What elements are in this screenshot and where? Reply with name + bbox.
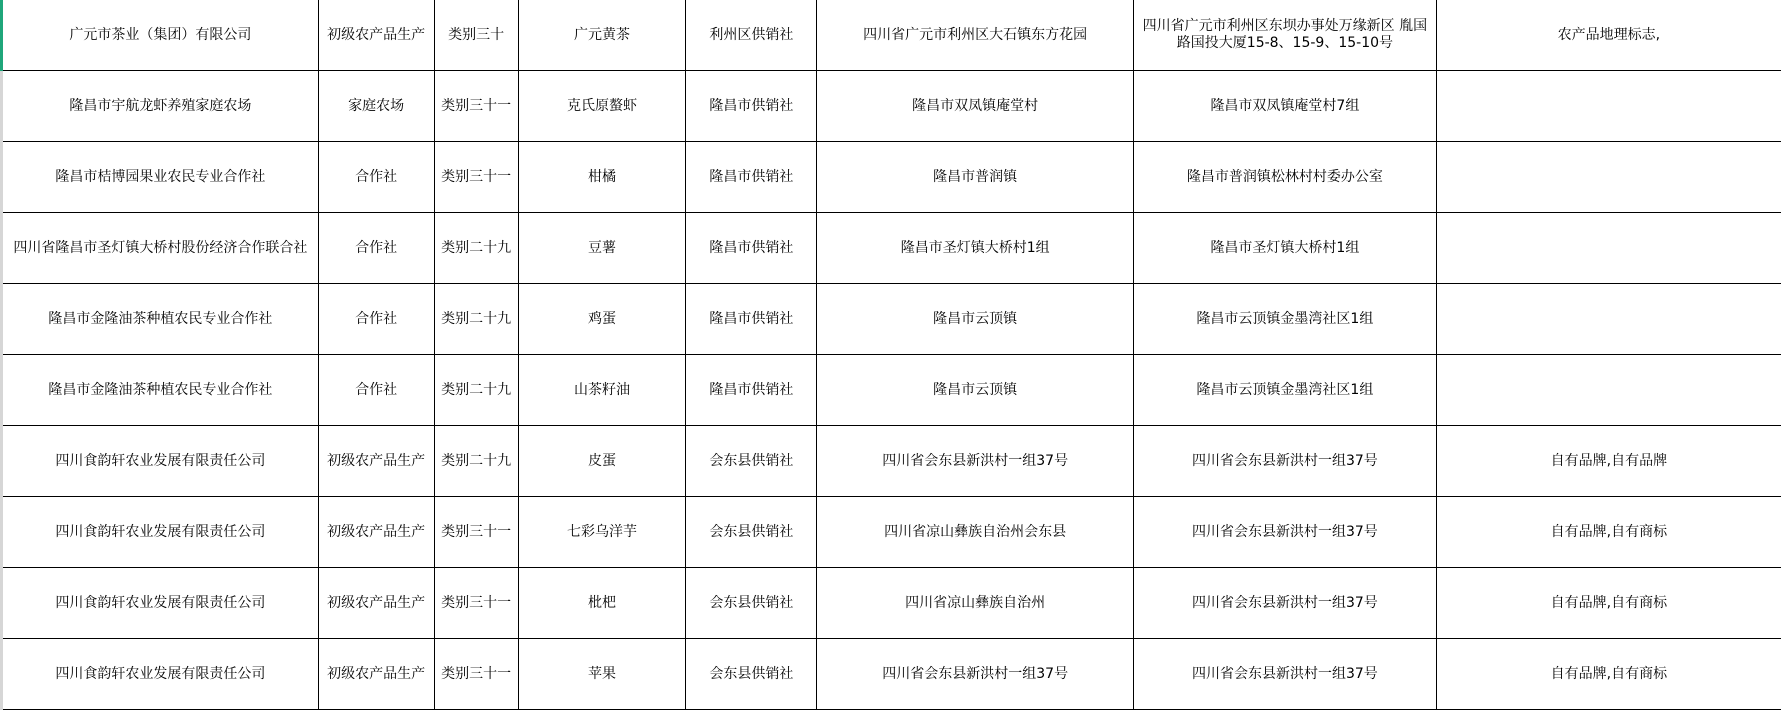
cell-type[interactable]: 初级农产品生产 — [318, 426, 434, 497]
cell-category[interactable]: 类别二十九 — [434, 355, 518, 426]
cell-company[interactable]: 隆昌市宇航龙虾养殖家庭农场 — [2, 71, 319, 142]
cell-company[interactable]: 隆昌市桔博园果业农民专业合作社 — [2, 142, 319, 213]
cell-type[interactable]: 家庭农场 — [318, 71, 434, 142]
cell-origin[interactable]: 四川省会东县新洪村一组37号 — [817, 426, 1134, 497]
cell-coop[interactable]: 会东县供销社 — [686, 497, 817, 568]
cell-company[interactable]: 四川食韵轩农业发展有限责任公司 — [2, 568, 319, 639]
cell-brand[interactable]: 自有品牌,自有商标 — [1436, 497, 1781, 568]
table-row[interactable]: 隆昌市金隆油茶种植农民专业合作社 合作社 类别二十九 鸡蛋 隆昌市供销社 隆昌市… — [2, 284, 1781, 355]
table-row[interactable]: 四川食韵轩农业发展有限责任公司 初级农产品生产 类别三十一 七彩乌洋芋 会东县供… — [2, 497, 1781, 568]
cell-brand[interactable]: 自有品牌,自有商标 — [1436, 639, 1781, 710]
cell-company[interactable]: 四川食韵轩农业发展有限责任公司 — [2, 426, 319, 497]
cell-address[interactable]: 隆昌市云顶镇金墨湾社区1组 — [1134, 284, 1437, 355]
table-row[interactable]: 隆昌市宇航龙虾养殖家庭农场 家庭农场 类别三十一 克氏原螯虾 隆昌市供销社 隆昌… — [2, 71, 1781, 142]
cell-category[interactable]: 类别三十一 — [434, 71, 518, 142]
cell-address[interactable]: 四川省广元市利州区东坝办事处万缘新区 胤国路国投大厦15-8、15-9、15-1… — [1134, 0, 1437, 71]
table-row[interactable]: 四川食韵轩农业发展有限责任公司 初级农产品生产 类别三十一 苹果 会东县供销社 … — [2, 639, 1781, 710]
cell-product[interactable]: 枇杷 — [518, 568, 686, 639]
cell-product[interactable]: 柑橘 — [518, 142, 686, 213]
cell-brand[interactable] — [1436, 213, 1781, 284]
cell-product[interactable]: 山茶籽油 — [518, 355, 686, 426]
cell-product[interactable]: 苹果 — [518, 639, 686, 710]
cell-origin[interactable]: 隆昌市圣灯镇大桥村1组 — [817, 213, 1134, 284]
cell-product[interactable]: 皮蛋 — [518, 426, 686, 497]
cell-category[interactable]: 类别二十九 — [434, 426, 518, 497]
cell-brand[interactable] — [1436, 142, 1781, 213]
table-row[interactable]: 四川省隆昌市圣灯镇大桥村股份经济合作联合社 合作社 类别二十九 豆薯 隆昌市供销… — [2, 213, 1781, 284]
cell-company[interactable]: 四川食韵轩农业发展有限责任公司 — [2, 639, 319, 710]
cell-type[interactable]: 合作社 — [318, 355, 434, 426]
cell-category[interactable]: 类别二十九 — [434, 213, 518, 284]
cell-coop[interactable]: 会东县供销社 — [686, 568, 817, 639]
cell-type[interactable]: 合作社 — [318, 213, 434, 284]
cell-company[interactable]: 隆昌市金隆油茶种植农民专业合作社 — [2, 355, 319, 426]
cell-type[interactable]: 初级农产品生产 — [318, 568, 434, 639]
cell-category[interactable]: 类别三十一 — [434, 568, 518, 639]
cell-type[interactable]: 初级农产品生产 — [318, 0, 434, 71]
cell-address[interactable]: 隆昌市普润镇松林村村委办公室 — [1134, 142, 1437, 213]
table-row[interactable]: 隆昌市桔博园果业农民专业合作社 合作社 类别三十一 柑橘 隆昌市供销社 隆昌市普… — [2, 142, 1781, 213]
cell-origin[interactable]: 隆昌市云顶镇 — [817, 355, 1134, 426]
cell-coop[interactable]: 隆昌市供销社 — [686, 142, 817, 213]
cell-brand[interactable]: 自有品牌,自有品牌 — [1436, 426, 1781, 497]
table-row[interactable]: 隆昌市金隆油茶种植农民专业合作社 合作社 类别二十九 山茶籽油 隆昌市供销社 隆… — [2, 355, 1781, 426]
cell-brand[interactable] — [1436, 284, 1781, 355]
cell-address[interactable]: 隆昌市云顶镇金墨湾社区1组 — [1134, 355, 1437, 426]
cell-address[interactable]: 四川省会东县新洪村一组37号 — [1134, 497, 1437, 568]
cell-origin[interactable]: 四川省凉山彝族自治州会东县 — [817, 497, 1134, 568]
cell-company[interactable]: 广元市茶业（集团）有限公司 — [2, 0, 319, 71]
cell-origin[interactable]: 四川省广元市利州区大石镇东方花园 — [817, 0, 1134, 71]
cell-company[interactable]: 隆昌市金隆油茶种植农民专业合作社 — [2, 284, 319, 355]
cell-category[interactable]: 类别三十一 — [434, 497, 518, 568]
spreadsheet-grid: 广元市茶业（集团）有限公司 初级农产品生产 类别三十 广元黄茶 利州区供销社 四… — [0, 0, 1781, 710]
cell-type[interactable]: 合作社 — [318, 142, 434, 213]
cell-coop[interactable]: 隆昌市供销社 — [686, 284, 817, 355]
cell-type[interactable]: 初级农产品生产 — [318, 497, 434, 568]
cell-origin[interactable]: 隆昌市云顶镇 — [817, 284, 1134, 355]
cell-coop[interactable]: 利州区供销社 — [686, 0, 817, 71]
cell-company[interactable]: 四川食韵轩农业发展有限责任公司 — [2, 497, 319, 568]
cell-product[interactable]: 克氏原螯虾 — [518, 71, 686, 142]
cell-coop[interactable]: 会东县供销社 — [686, 426, 817, 497]
cell-coop[interactable]: 隆昌市供销社 — [686, 355, 817, 426]
cell-address[interactable]: 隆昌市圣灯镇大桥村1组 — [1134, 213, 1437, 284]
cell-type[interactable]: 初级农产品生产 — [318, 639, 434, 710]
cell-origin[interactable]: 四川省凉山彝族自治州 — [817, 568, 1134, 639]
cell-brand[interactable]: 农产品地理标志, — [1436, 0, 1781, 71]
cell-coop[interactable]: 会东县供销社 — [686, 639, 817, 710]
cell-product[interactable]: 广元黄茶 — [518, 0, 686, 71]
cell-origin[interactable]: 隆昌市双凤镇庵堂村 — [817, 71, 1134, 142]
cell-type[interactable]: 合作社 — [318, 284, 434, 355]
table-row[interactable]: 四川食韵轩农业发展有限责任公司 初级农产品生产 类别二十九 皮蛋 会东县供销社 … — [2, 426, 1781, 497]
cell-address[interactable]: 四川省会东县新洪村一组37号 — [1134, 639, 1437, 710]
cell-product[interactable]: 豆薯 — [518, 213, 686, 284]
cell-brand[interactable]: 自有品牌,自有商标 — [1436, 568, 1781, 639]
data-table: 广元市茶业（集团）有限公司 初级农产品生产 类别三十 广元黄茶 利州区供销社 四… — [0, 0, 1781, 710]
cell-category[interactable]: 类别三十一 — [434, 142, 518, 213]
table-row[interactable]: 广元市茶业（集团）有限公司 初级农产品生产 类别三十 广元黄茶 利州区供销社 四… — [2, 0, 1781, 71]
cell-coop[interactable]: 隆昌市供销社 — [686, 71, 817, 142]
cell-address[interactable]: 隆昌市双凤镇庵堂村7组 — [1134, 71, 1437, 142]
cell-coop[interactable]: 隆昌市供销社 — [686, 213, 817, 284]
cell-address[interactable]: 四川省会东县新洪村一组37号 — [1134, 426, 1437, 497]
cell-category[interactable]: 类别二十九 — [434, 284, 518, 355]
cell-address[interactable]: 四川省会东县新洪村一组37号 — [1134, 568, 1437, 639]
cell-origin[interactable]: 四川省会东县新洪村一组37号 — [817, 639, 1134, 710]
cell-company[interactable]: 四川省隆昌市圣灯镇大桥村股份经济合作联合社 — [2, 213, 319, 284]
cell-product[interactable]: 七彩乌洋芋 — [518, 497, 686, 568]
cell-product[interactable]: 鸡蛋 — [518, 284, 686, 355]
cell-brand[interactable] — [1436, 355, 1781, 426]
table-row[interactable]: 四川食韵轩农业发展有限责任公司 初级农产品生产 类别三十一 枇杷 会东县供销社 … — [2, 568, 1781, 639]
cell-brand[interactable] — [1436, 71, 1781, 142]
cell-category[interactable]: 类别三十 — [434, 0, 518, 71]
cell-origin[interactable]: 隆昌市普润镇 — [817, 142, 1134, 213]
cell-category[interactable]: 类别三十一 — [434, 639, 518, 710]
